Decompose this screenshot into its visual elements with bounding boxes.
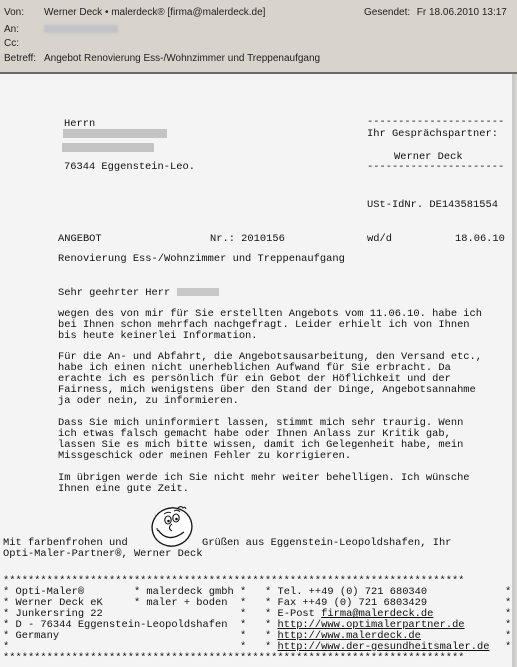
sent-value: Fr 18.06.2010 13:17 bbox=[417, 7, 507, 18]
contact-title: Ihr Gesprächspartner: bbox=[367, 129, 498, 140]
paragraph-1: wegen des von mir für Sie erstellten Ang… bbox=[58, 309, 482, 342]
subject-label: Betreff: bbox=[4, 52, 42, 66]
greeting-name-redacted bbox=[177, 288, 219, 296]
message-body: Herrn 76344 Eggenstein-Leo. ------------… bbox=[0, 74, 515, 667]
to-label: An: bbox=[4, 23, 42, 37]
recipient-city: 76344 Eggenstein-Leo. bbox=[64, 162, 195, 173]
doc-type: ANGEBOT bbox=[58, 234, 102, 245]
contact-rule-bottom: ---------------------- bbox=[367, 162, 504, 173]
doc-ref: wd/d bbox=[367, 234, 392, 245]
paragraph-2: Für die An- und Abfahrt, die Angebotsaus… bbox=[58, 352, 482, 407]
greeting-text: Sehr geehrter Herr bbox=[58, 287, 170, 299]
sent-row: Gesendet: Fr 18.06.2010 13:17 bbox=[364, 6, 507, 20]
email-header: Von: Werner Deck • malerdeck® [firma@mal… bbox=[0, 0, 517, 72]
closing-part-2: Grüßen aus Eggenstein-Leopoldshafen, Ihr bbox=[202, 538, 451, 549]
greeting: Sehr geehrter Herr bbox=[58, 288, 219, 299]
from-label: Von: bbox=[4, 6, 42, 20]
signature-border-bottom: ****************************************… bbox=[3, 653, 464, 664]
signature-right-stars: * * * * * * bbox=[505, 587, 511, 653]
doc-date: 18.06.10 bbox=[455, 234, 505, 245]
subject-value: Angebot Renovierung Ess-/Wohnzimmer und … bbox=[44, 52, 320, 66]
recipient-name-redacted bbox=[63, 129, 167, 138]
sent-label: Gesendet: bbox=[364, 6, 414, 20]
smiley-face-icon bbox=[148, 500, 198, 552]
contact-rule-top: ---------------------- bbox=[367, 117, 504, 128]
vat-id: USt-IdNr. DE143581554 bbox=[367, 200, 498, 211]
paragraph-3: Dass Sie mich uninformiert lassen, stimm… bbox=[58, 418, 463, 462]
to-value-redacted[interactable] bbox=[44, 23, 118, 37]
doc-number: Nr.: 2010156 bbox=[210, 234, 285, 245]
recipient-street-redacted bbox=[62, 143, 154, 152]
cc-label: Cc: bbox=[4, 37, 42, 51]
paragraph-4: Im übrigen werde ich Sie nicht mehr weit… bbox=[58, 473, 470, 495]
from-value[interactable]: Werner Deck • malerdeck® [firma@malerdec… bbox=[44, 6, 265, 20]
doc-subject: Renovierung Ess-/Wohnzimmer und Treppena… bbox=[58, 254, 345, 265]
